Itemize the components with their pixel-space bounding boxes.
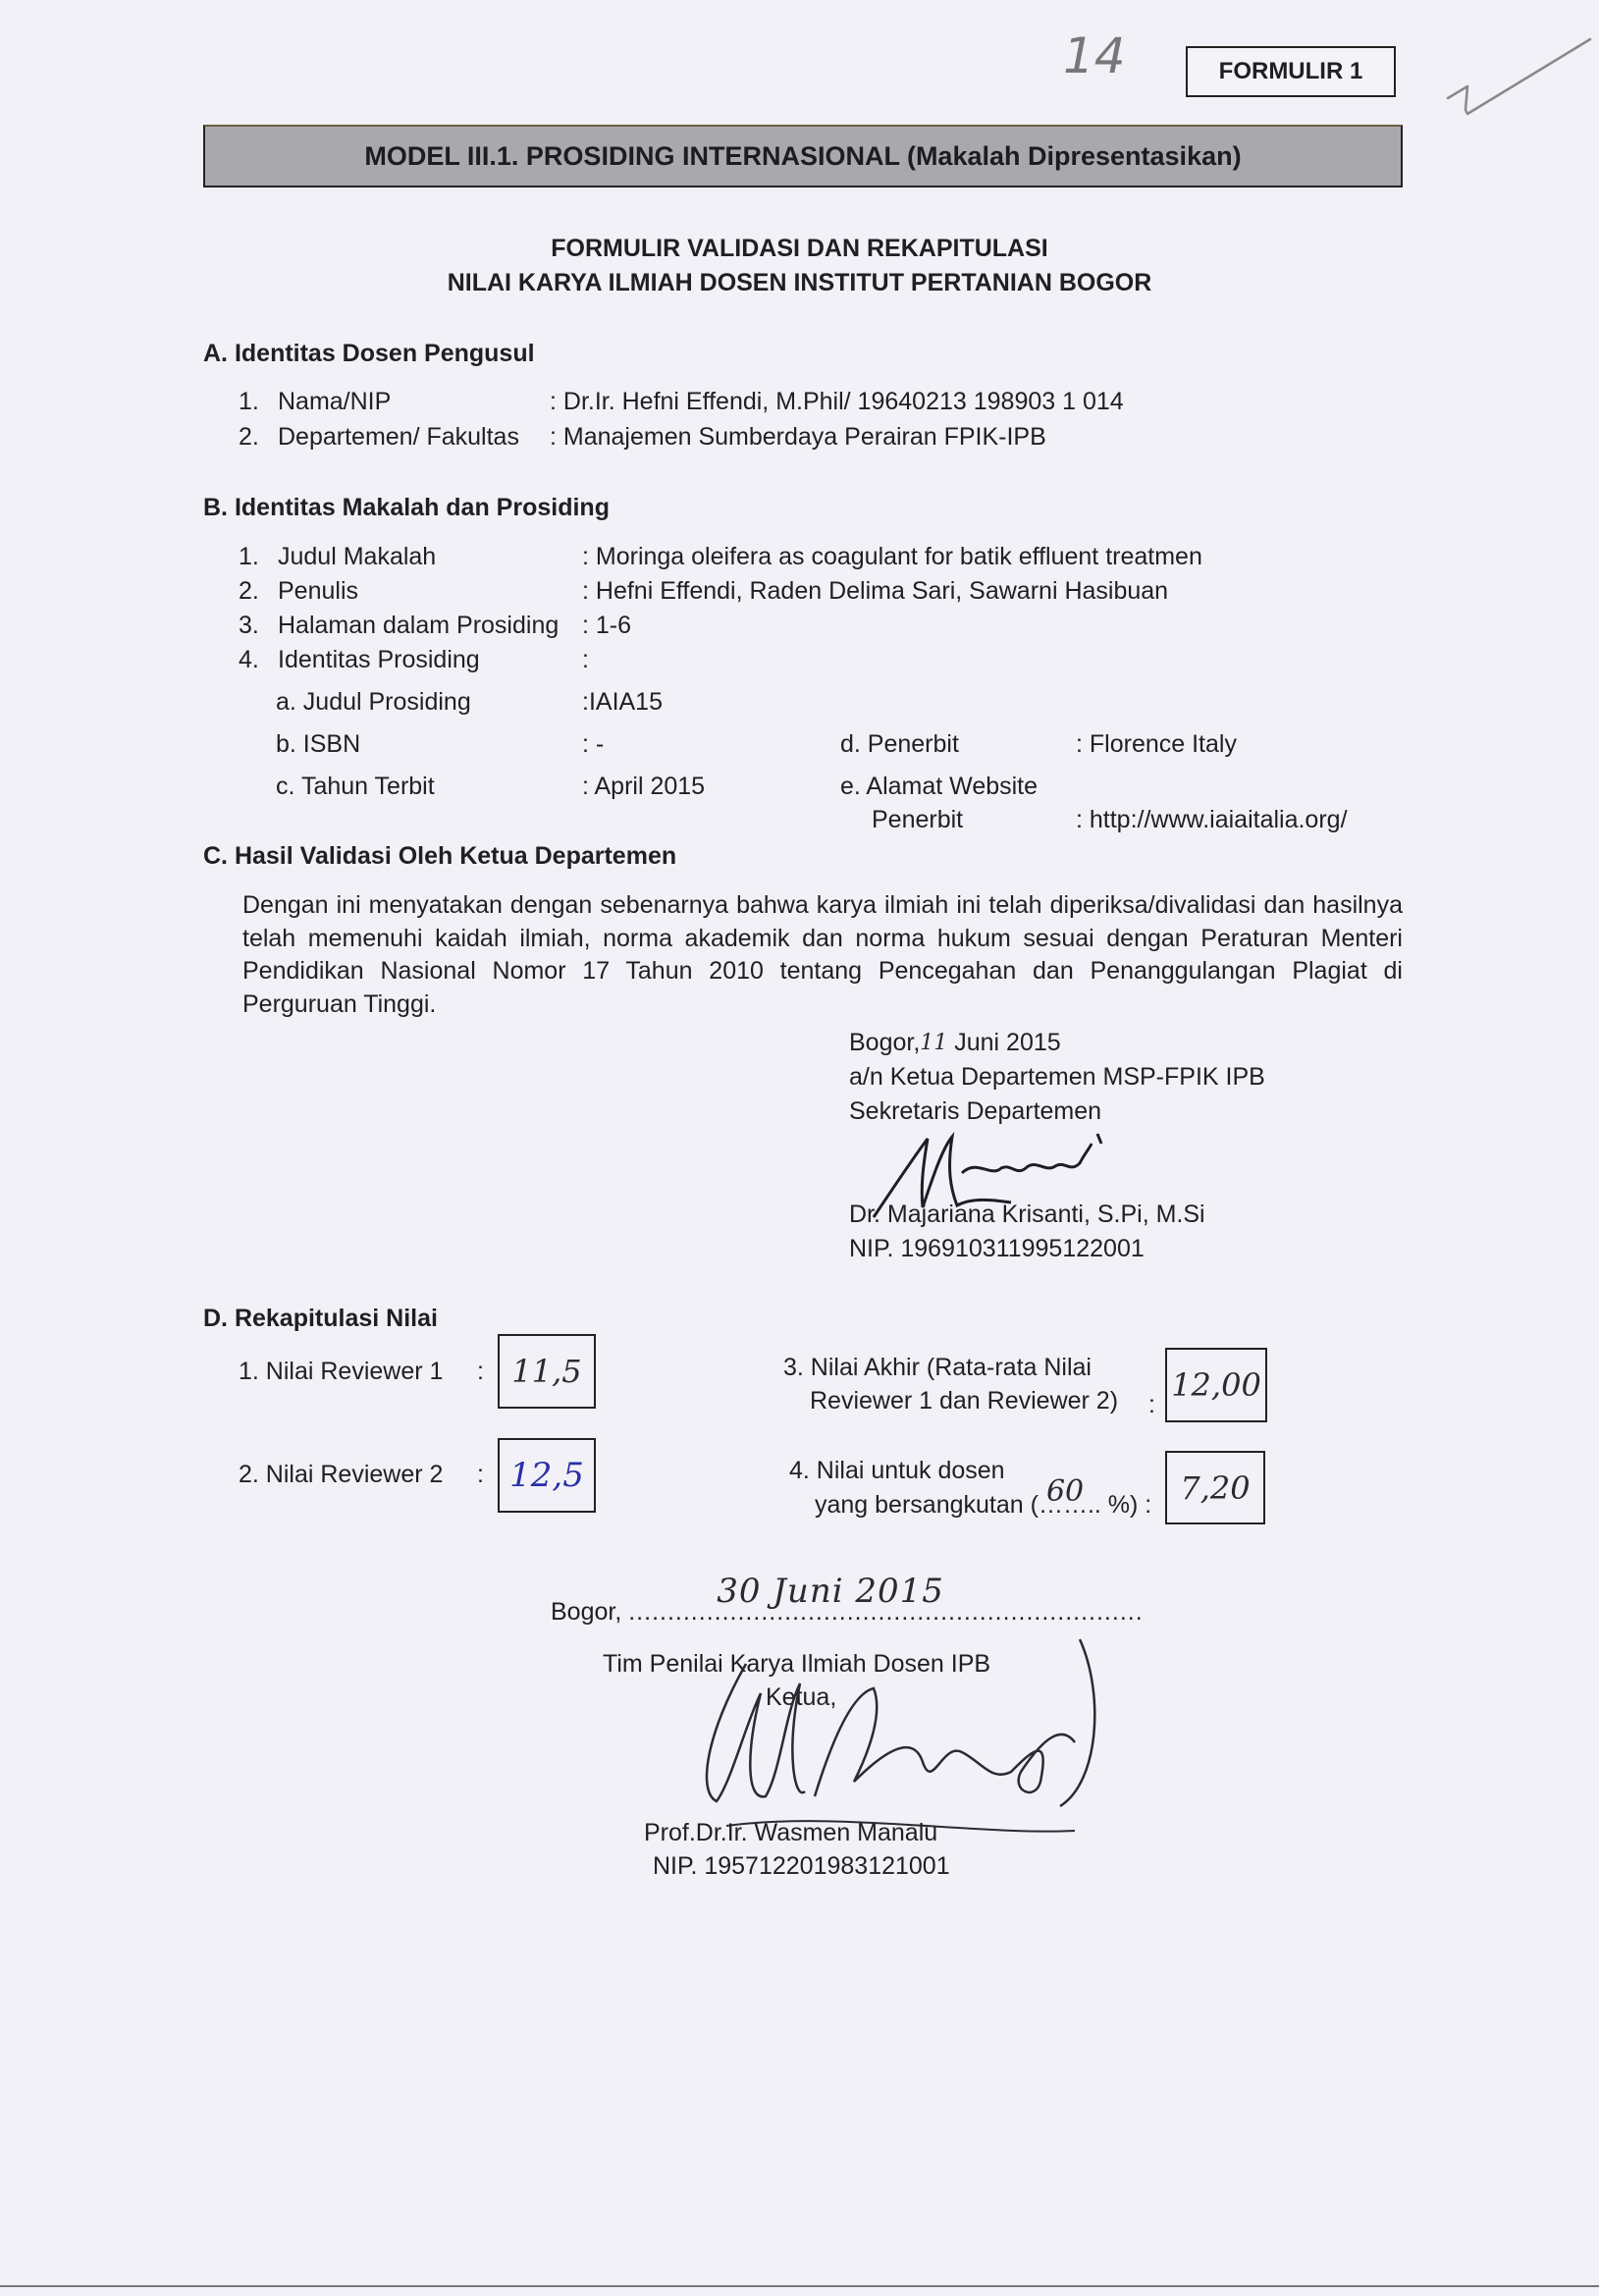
final-score-label-1: 3. Nilai Akhir (Rata-rata Nilai — [783, 1353, 1092, 1382]
secretary-nip: NIP. 196910311995122001 — [849, 1232, 1205, 1266]
validation-statement: Dengan ini menyatakan dengan sebenarnya … — [242, 889, 1403, 1021]
sub-penerbit-value: : Florence Italy — [1076, 729, 1237, 759]
assessment-date-line: Bogor, .................................… — [551, 1597, 1144, 1627]
reviewer2-score: 12,5 — [509, 1456, 584, 1495]
sub-isbn-label: b. ISBN — [276, 729, 360, 759]
reviewer2-label: 2. Nilai Reviewer 2 — [239, 1460, 443, 1489]
title-line-2: NILAI KARYA ILMIAH DOSEN INSTITUT PERTAN… — [0, 266, 1599, 300]
department-signature-block: Bogor,11 Juni 2015 a/n Ketua Departemen … — [849, 1026, 1265, 1129]
sub-website-label-1: e. Alamat Website — [840, 772, 1038, 801]
section-c-heading: C. Hasil Validasi Oleh Ketua Departemen — [203, 841, 676, 871]
secretary-line: Sekretaris Departemen — [849, 1095, 1265, 1129]
lecturer-score-box[interactable]: 7,20 — [1165, 1451, 1265, 1524]
validation-date: Bogor,11 Juni 2015 — [849, 1026, 1265, 1060]
form-label-box: FORMULIR 1 — [1186, 46, 1396, 97]
section-a-heading: A. Identitas Dosen Pengusul — [203, 339, 535, 368]
title-line-1: FORMULIR VALIDASI DAN REKAPITULASI — [0, 232, 1599, 266]
sub-judul-prosiding-value: :IAIA15 — [582, 687, 663, 717]
handwritten-page-number: 14 — [1063, 27, 1126, 84]
final-score-label-2: Reviewer 1 dan Reviewer 2) — [810, 1386, 1118, 1415]
item-departemen-value: : Manajemen Sumberdaya Perairan FPIK-IPB — [550, 422, 1046, 452]
section-d-heading: D. Rekapitulasi Nilai — [203, 1304, 438, 1333]
assessment-date-handwritten: 30 Juni 2015 — [717, 1576, 944, 1606]
lecturer-score-label-1: 4. Nilai untuk dosen — [789, 1456, 1005, 1485]
checkmark-icon — [1438, 29, 1595, 137]
item-judul-makalah-value: : Moringa oleifera as coagulant for bati… — [582, 542, 1202, 571]
final-score-colon: : — [1148, 1390, 1155, 1419]
sub-penerbit-label: d. Penerbit — [840, 729, 959, 759]
item-identitas-prosiding-value: : — [582, 645, 589, 674]
reviewer1-colon: : — [477, 1357, 484, 1386]
sub-isbn-value: : - — [582, 729, 604, 759]
final-score-box[interactable]: 12,00 — [1165, 1348, 1267, 1422]
section-b-heading: B. Identitas Makalah dan Prosiding — [203, 493, 610, 522]
chair-nip: NIP. 195712201983121001 — [653, 1851, 950, 1881]
item-halaman-value: : 1-6 — [582, 611, 631, 640]
model-title-bar: MODEL III.1. PROSIDING INTERNASIONAL (Ma… — [203, 125, 1403, 187]
item-departemen-label: 2.Departemen/ Fakultas — [239, 422, 519, 452]
chair-name: Prof.Dr.Ir. Wasmen Manalu — [644, 1818, 937, 1847]
secretary-name: Dr. Majariana Krisanti, S.Pi, M.Si — [849, 1198, 1205, 1232]
sub-website-label-2: Penerbit — [872, 805, 963, 834]
sub-tahun-terbit-value: : April 2015 — [582, 772, 705, 801]
reviewer1-score: 11,5 — [511, 1353, 581, 1390]
final-score: 12,00 — [1171, 1366, 1261, 1404]
item-halaman-label: 3.Halaman dalam Prosiding — [239, 611, 559, 640]
share-percent-handwritten: 60 — [1046, 1477, 1084, 1507]
reviewer2-score-box[interactable]: 12,5 — [498, 1438, 596, 1513]
secretary-identity: Dr. Majariana Krisanti, S.Pi, M.Si NIP. … — [849, 1198, 1205, 1266]
page-edge-line — [0, 2285, 1599, 2287]
item-identitas-prosiding-label: 4.Identitas Prosiding — [239, 645, 480, 674]
document-title: FORMULIR VALIDASI DAN REKAPITULASI NILAI… — [0, 232, 1599, 300]
reviewer1-score-box[interactable]: 11,5 — [498, 1334, 596, 1409]
lecturer-score-label-2: yang bersangkutan (……..60 %) : — [815, 1490, 1151, 1520]
reviewer1-label: 1. Nilai Reviewer 1 — [239, 1357, 443, 1386]
sub-judul-prosiding-label: a. Judul Prosiding — [276, 687, 471, 717]
sub-tahun-terbit-label: c. Tahun Terbit — [276, 772, 435, 801]
item-nama-nip-value: : Dr.Ir. Hefni Effendi, M.Phil/ 19640213… — [550, 387, 1124, 416]
reviewer2-colon: : — [477, 1460, 484, 1489]
item-judul-makalah-label: 1.Judul Makalah — [239, 542, 436, 571]
item-penulis-label: 2.Penulis — [239, 576, 358, 606]
lecturer-score: 7,20 — [1180, 1469, 1250, 1507]
department-line: a/n Ketua Departemen MSP-FPIK IPB — [849, 1060, 1265, 1095]
sub-website-value: : http://www.iaiaitalia.org/ — [1076, 805, 1348, 834]
item-penulis-value: : Hefni Effendi, Raden Delima Sari, Sawa… — [582, 576, 1168, 606]
item-nama-nip-label: 1.Nama/NIP — [239, 387, 391, 416]
